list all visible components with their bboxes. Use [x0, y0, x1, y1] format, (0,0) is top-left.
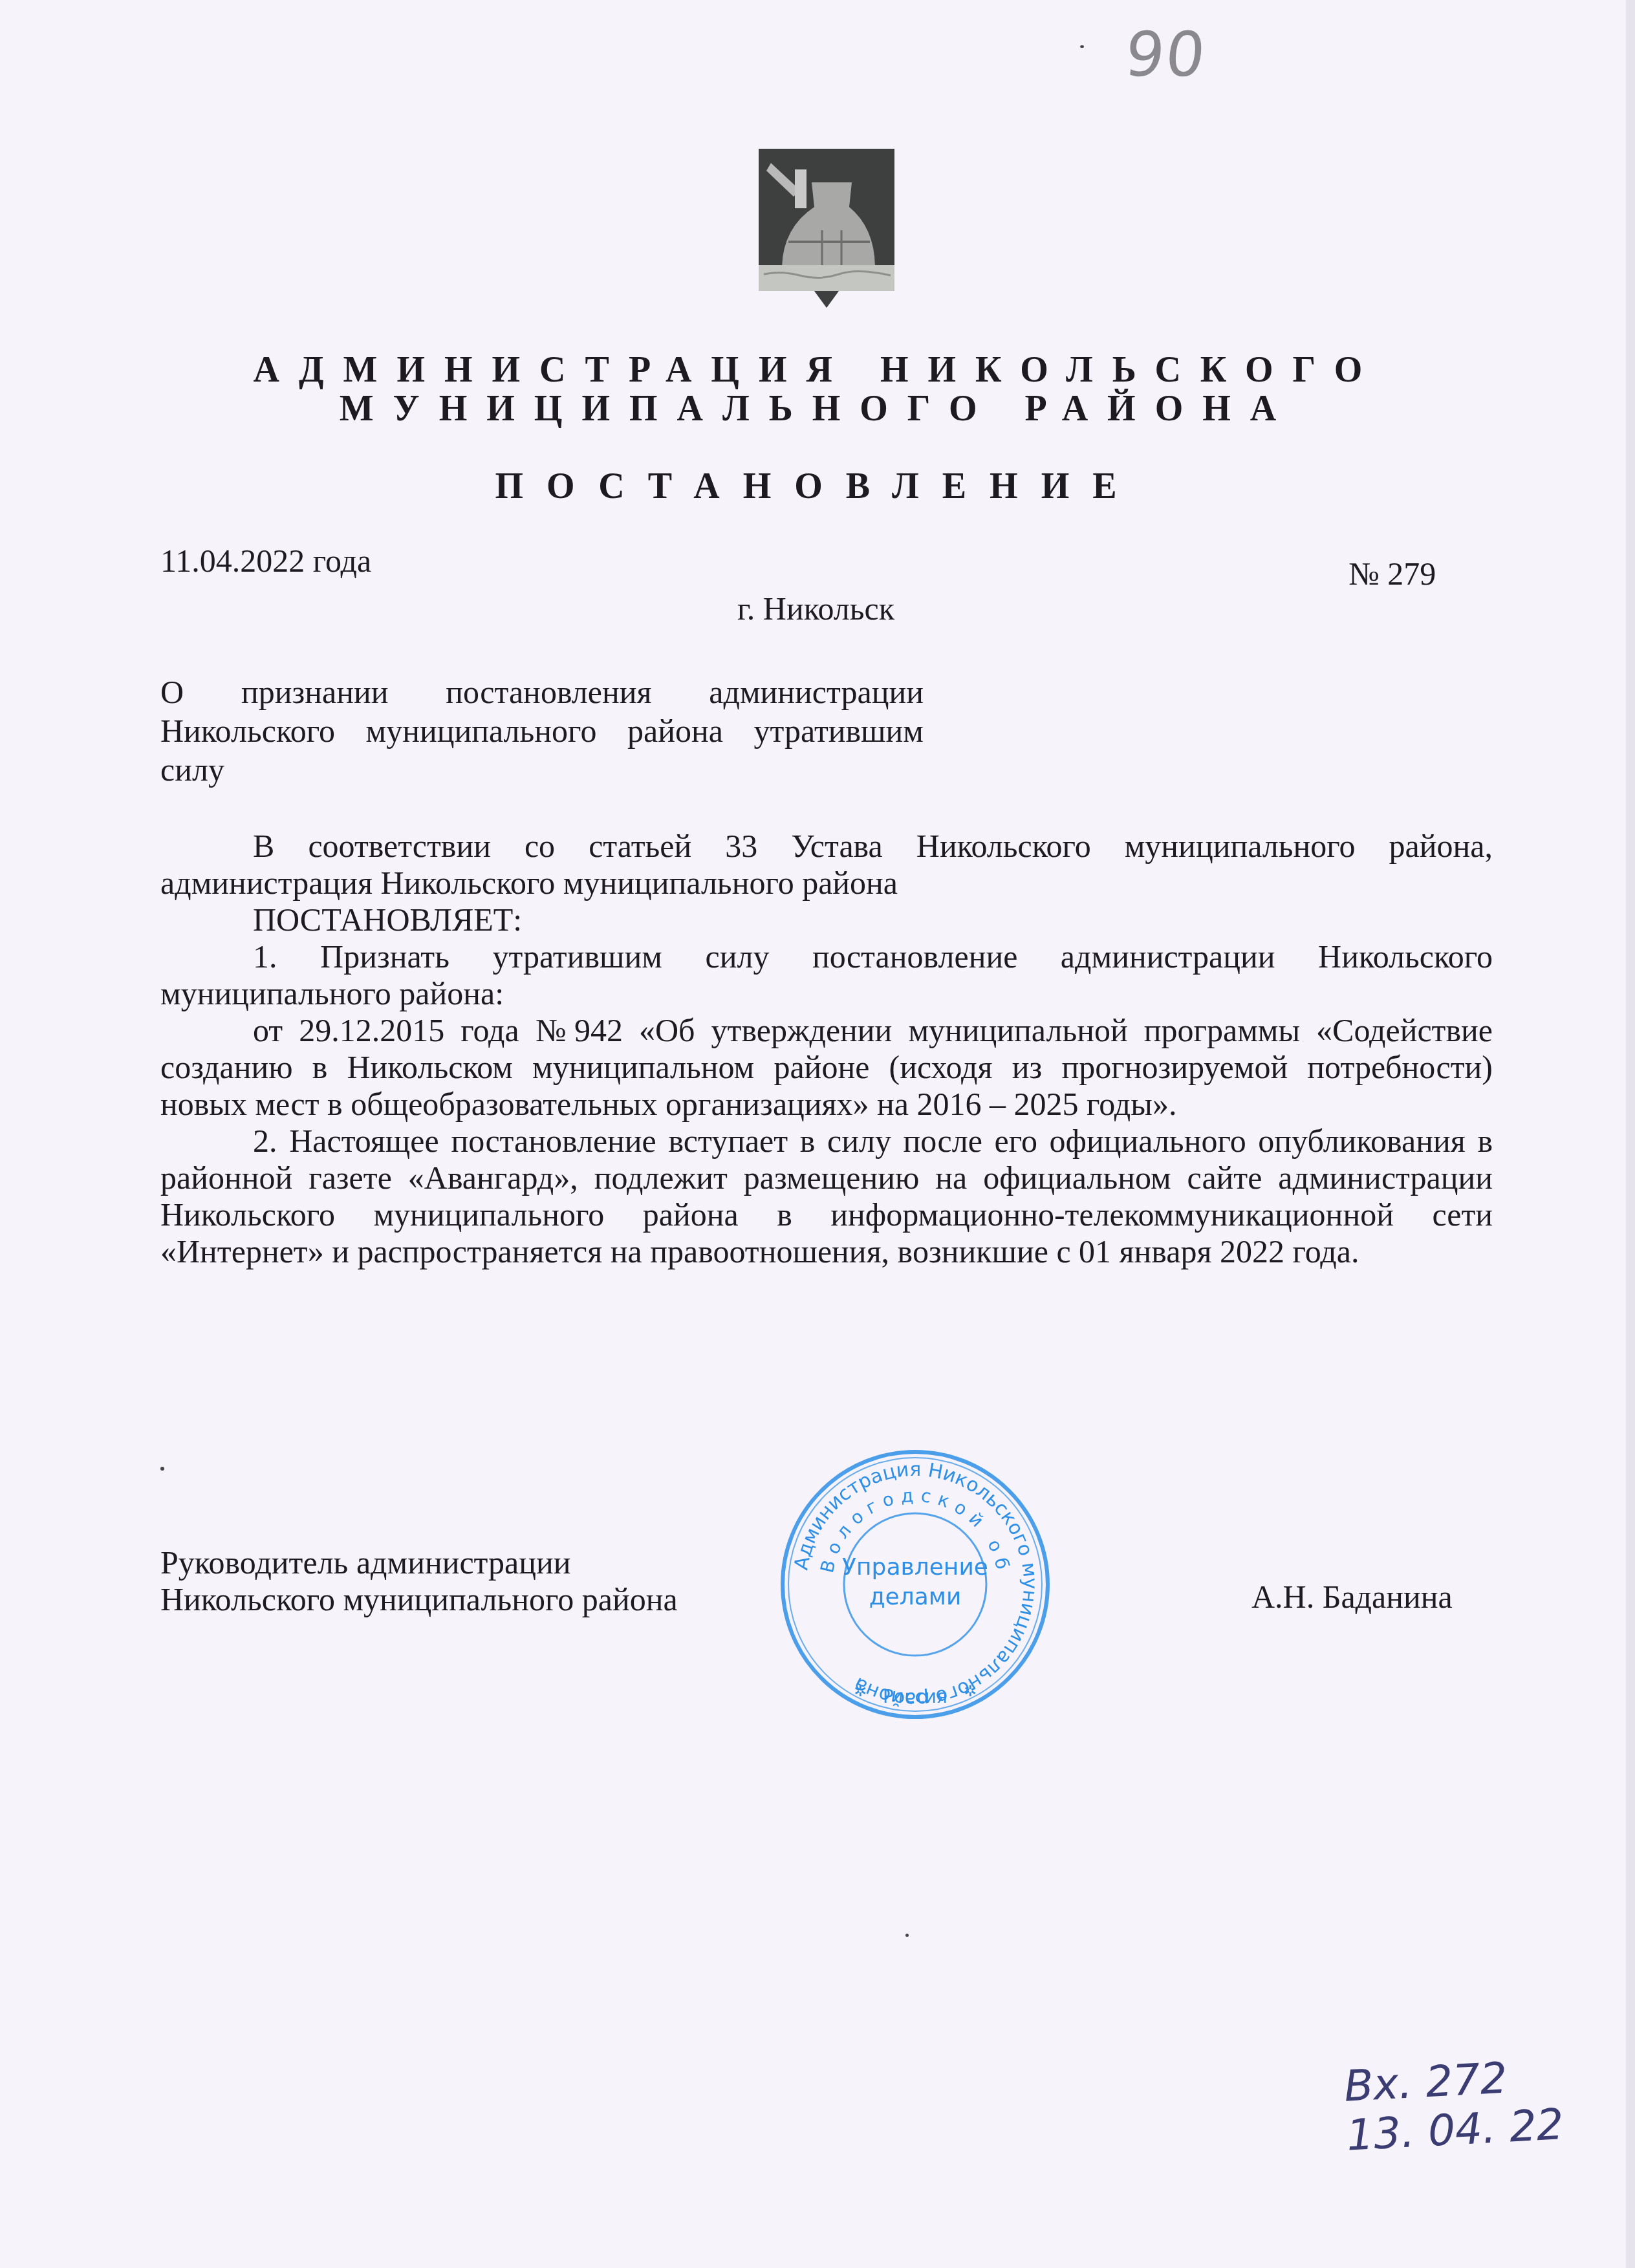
document-city: г. Никольск — [737, 590, 894, 627]
document-type-title: ПОСТАНОВЛЕНИЕ — [0, 466, 1635, 507]
star-icon: ✲ — [964, 1682, 977, 1700]
handwritten-registration-note: Вх. 272 13. 04. 22 — [1343, 2051, 1565, 2160]
scan-speck — [1080, 45, 1084, 48]
item-1-detail-paragraph: от 29.12.2015 года №942 «Об утверждении … — [160, 1012, 1493, 1123]
preamble-paragraph: В соответствии со статьей 33 Устава Нико… — [160, 828, 1493, 902]
stamp-bottom-text: Россия — [883, 1686, 947, 1707]
scan-speck — [905, 1934, 909, 1937]
signatory-title: Руководитель администрации Никольского м… — [160, 1544, 678, 1618]
document-number: № 279 — [1348, 555, 1436, 592]
document-date: 11.04.2022 года — [160, 542, 371, 579]
signatory-name: А.Н. Баданина — [1251, 1578, 1453, 1615]
resolves-label: ПОСТАНОВЛЯЕТ: — [160, 902, 1493, 938]
signatory-title-line1: Руководитель администрации — [160, 1544, 678, 1581]
document-subject: О признании постановления администрации … — [160, 673, 924, 789]
item-1-paragraph: 1. Признать утратившим силу постановлени… — [160, 938, 1493, 1012]
stamp-center-line2: делами — [869, 1584, 962, 1610]
item-2-paragraph: 2. Настоящее постановление вступает в си… — [160, 1123, 1493, 1270]
signatory-title-line2: Никольского муниципального района — [160, 1581, 678, 1618]
registration-date: 13. 04. 22 — [1345, 2100, 1565, 2160]
official-seal-stamp: Администрация Никольского муниципального… — [776, 1445, 1054, 1723]
stamp-center-line1: Управление — [842, 1554, 988, 1581]
document-body: В соответствии со статьей 33 Устава Нико… — [160, 828, 1493, 1270]
coat-of-arms-icon — [755, 145, 898, 312]
document-page: 90 АДМИНИСТРАЦИЯ НИКОЛЬСКОГО МУНИЦИПАЛЬН… — [0, 0, 1635, 2268]
scan-edge — [1626, 0, 1635, 2268]
star-icon: ✲ — [854, 1682, 867, 1700]
scan-speck — [160, 1467, 164, 1471]
org-name-line2: МУНИЦИПАЛЬНОГО РАЙОНА — [0, 388, 1635, 429]
org-name-line1: АДМИНИСТРАЦИЯ НИКОЛЬСКОГО — [0, 349, 1635, 391]
handwritten-page-mark: 90 — [1121, 19, 1209, 91]
